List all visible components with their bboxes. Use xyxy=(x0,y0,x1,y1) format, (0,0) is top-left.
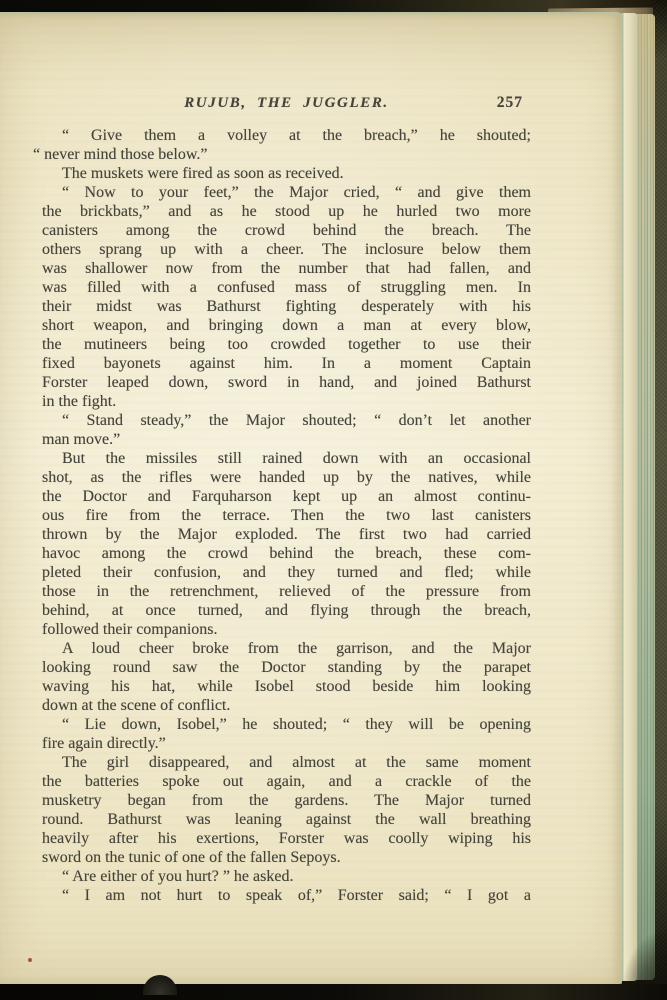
book-cover-edge xyxy=(653,0,667,1000)
text-line: “ Now to your feet,” the Major cried, “ … xyxy=(42,183,531,202)
text-line: fire again directly.” xyxy=(42,734,531,753)
text-line: “ Stand steady,” the Major shouted; “ do… xyxy=(42,411,531,430)
book-scan: RUJUB, THE JUGGLER. 257 “ Give them a vo… xyxy=(0,0,667,1000)
text-line: those in the retrenchment, relieved of t… xyxy=(42,582,531,601)
text-line: looking round saw the Doctor standing by… xyxy=(42,658,531,677)
text-line: sword on the tunic of one of the fallen … xyxy=(42,848,531,867)
text-line: ous fire from the terrace. Then the two … xyxy=(42,506,531,525)
text-line: in the fight. xyxy=(42,392,531,411)
page-number: 257 xyxy=(497,93,523,113)
text-line: “ Lie down, Isobel,” he shouted; “ they … xyxy=(42,715,531,734)
text-line: musketry began from the gardens. The Maj… xyxy=(42,791,531,810)
text-line: heavily after his exertions, Forster was… xyxy=(42,829,531,848)
text-line: The girl disappeared, and almost at the … xyxy=(42,753,531,772)
text-line: was filled with a confused mass of strug… xyxy=(42,278,531,297)
text-line: behind, at once turned, and flying throu… xyxy=(42,601,531,620)
text-line: short weapon, and bringing down a man at… xyxy=(42,316,531,335)
text-line: the brickbats,” and as he stood up he hu… xyxy=(42,202,531,221)
text-line: was shallower now from the number that h… xyxy=(42,259,531,278)
running-header-title: RUJUB, THE JUGGLER. xyxy=(184,95,389,111)
text-line: thrown by the Major exploded. The first … xyxy=(42,525,531,544)
text-line: waving his hat, while Isobel stood besid… xyxy=(42,677,531,696)
text-line: the batteries spoke out again, and a cra… xyxy=(42,772,531,791)
text-line: canisters among the crowd behind the bre… xyxy=(42,221,531,240)
text-line: round. Bathurst was leaning against the … xyxy=(42,810,531,829)
text-line: their midst was Bathurst fighting desper… xyxy=(42,297,531,316)
scan-bottom-edge xyxy=(0,984,667,1000)
text-line: pleted their confusion, and they turned … xyxy=(42,563,531,582)
text-line: down at the scene of conflict. xyxy=(42,696,531,715)
text-line: Forster leaped down, sword in hand, and … xyxy=(42,373,531,392)
page-curl-edge xyxy=(621,13,637,981)
page-header: RUJUB, THE JUGGLER. 257 xyxy=(42,93,531,113)
text-line: The muskets were fired as soon as receiv… xyxy=(42,164,531,183)
text-line: havoc among the crowd behind the breach,… xyxy=(42,544,531,563)
text-line: fixed bayonets against him. In a moment … xyxy=(42,354,531,373)
page-edges-stack xyxy=(636,14,655,980)
text-line: the Doctor and Farquharson kept up an al… xyxy=(42,487,531,506)
text-line: “ Are either of you hurt? ” he asked. xyxy=(42,867,531,886)
text-line: shot, as the rifles were handed up by th… xyxy=(42,468,531,487)
red-speck xyxy=(28,958,32,962)
text-block: “ Give them a volley at the breach,” he … xyxy=(42,126,531,905)
text-line: others sprang up with a cheer. The inclo… xyxy=(42,240,531,259)
book-page: RUJUB, THE JUGGLER. 257 “ Give them a vo… xyxy=(0,12,622,986)
text-line: man move.” xyxy=(42,430,531,449)
text-line: followed their companions. xyxy=(42,620,531,639)
text-line: “ I am not hurt to speak of,” Forster sa… xyxy=(42,886,531,905)
text-line: But the missiles still rained down with … xyxy=(42,449,531,468)
text-line: “ Give them a volley at the breach,” he … xyxy=(42,126,531,145)
text-line: the mutineers being too crowded together… xyxy=(42,335,531,354)
text-line: “ never mind those below.” xyxy=(42,145,531,164)
text-line: A loud cheer broke from the garrison, an… xyxy=(42,639,531,658)
